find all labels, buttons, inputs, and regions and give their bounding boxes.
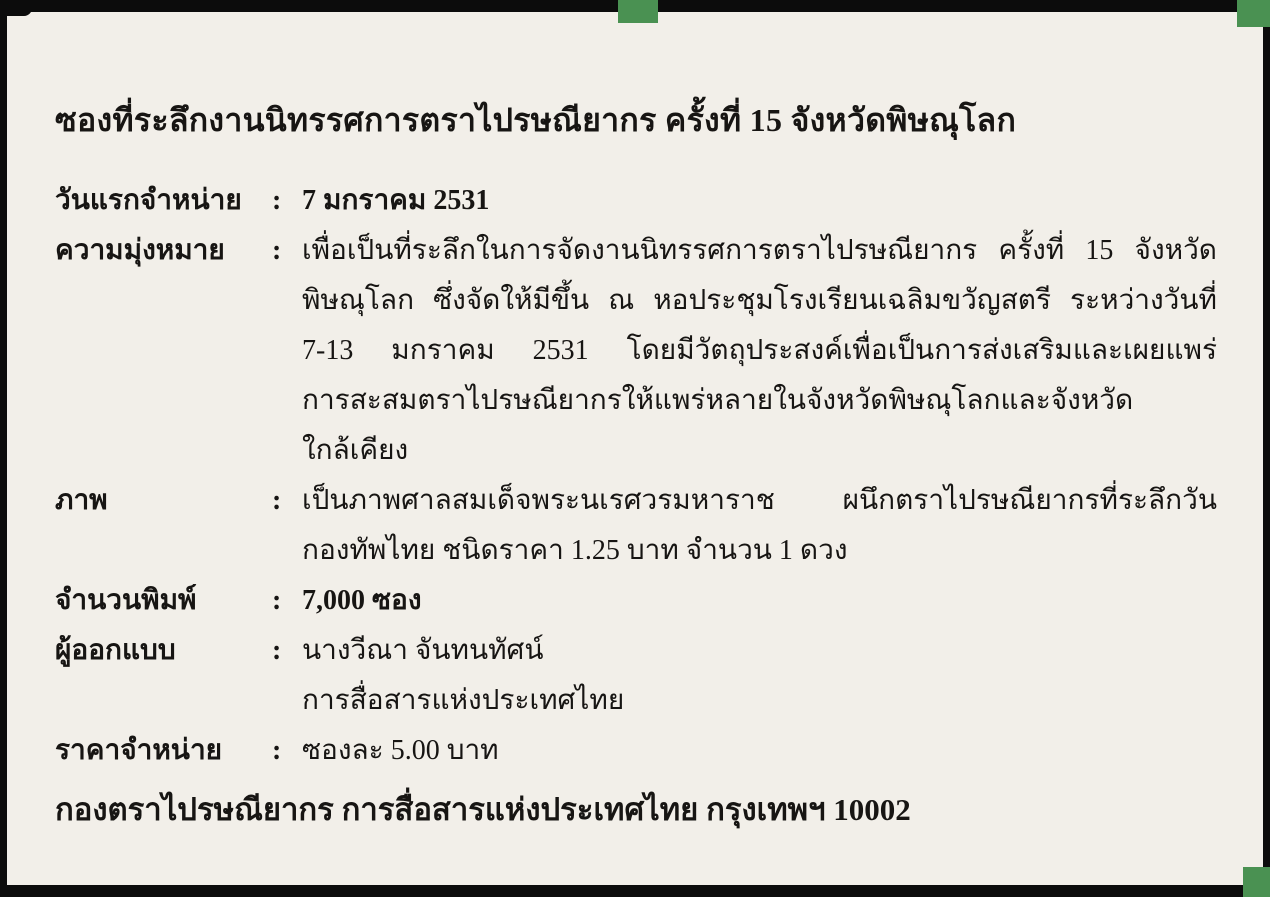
field-row-quantity-printed: จำนวนพิมพ์ : 7,000 ซอง: [55, 576, 1217, 626]
field-row-designer: ผู้ออกแบบ : นางวีณา จันทนทัศน์ การสื่อสา…: [55, 626, 1217, 726]
field-separator: :: [272, 626, 302, 676]
field-value-line: 7 มกราคม 2531: [302, 176, 1217, 226]
field-value-line: การสื่อสารแห่งประเทศไทย: [302, 676, 1217, 726]
field-value-line: เป็นภาพศาลสมเด็จพระนเรศวรมหาราช ผนึกตราไ…: [302, 476, 1217, 526]
album-slot-mark-bottom-right: [1243, 867, 1270, 897]
footer-issuing-office: กองตราไปรษณียากร การสื่อสารแห่งประเทศไทย…: [55, 782, 1217, 838]
field-label: ราคาจำหน่าย: [55, 726, 272, 776]
field-value: ซองละ 5.00 บาท: [302, 726, 1217, 776]
field-value-line: กองทัพไทย ชนิดราคา 1.25 บาท จำนวน 1 ดวง: [302, 526, 1217, 576]
field-label: ความมุ่งหมาย: [55, 226, 272, 276]
field-value: 7,000 ซอง: [302, 576, 1217, 626]
field-label: วันแรกจำหน่าย: [55, 176, 272, 226]
bulletin-content: ซองที่ระลึกงานนิทรรศการตราไปรษณียากร ครั…: [55, 84, 1217, 838]
field-rows: วันแรกจำหน่าย : 7 มกราคม 2531 ความมุ่งหม…: [55, 176, 1217, 776]
scan-border-bottom: [0, 885, 1270, 897]
field-label: จำนวนพิมพ์: [55, 576, 272, 626]
field-separator: :: [272, 176, 302, 226]
scan-border-left: [0, 0, 7, 897]
field-value-line: เพื่อเป็นที่ระลึกในการจัดงานนิทรรศการตรา…: [302, 226, 1217, 276]
field-separator: :: [272, 226, 302, 276]
field-value: 7 มกราคม 2531: [302, 176, 1217, 226]
album-slot-mark-top-center: [618, 0, 658, 23]
field-separator: :: [272, 576, 302, 626]
scan-border-right: [1263, 0, 1270, 897]
field-row-purpose: ความมุ่งหมาย : เพื่อเป็นที่ระลึกในการจัด…: [55, 226, 1217, 476]
field-separator: :: [272, 476, 302, 526]
field-value: เพื่อเป็นที่ระลึกในการจัดงานนิทรรศการตรา…: [302, 226, 1217, 476]
page-title: ซองที่ระลึกงานนิทรรศการตราไปรษณียากร ครั…: [55, 84, 1217, 156]
field-separator: :: [272, 726, 302, 776]
field-value-line: ใกล้เคียง: [302, 426, 1217, 476]
field-value: นางวีณา จันทนทัศน์ การสื่อสารแห่งประเทศไ…: [302, 626, 1217, 726]
field-row-selling-price: ราคาจำหน่าย : ซองละ 5.00 บาท: [55, 726, 1217, 776]
field-value-line: การสะสมตราไปรษณียากรให้แพร่หลายในจังหวัด…: [302, 376, 1217, 426]
scanned-bulletin-page: ซองที่ระลึกงานนิทรรศการตราไปรษณียากร ครั…: [0, 0, 1270, 897]
field-label: ภาพ: [55, 476, 272, 526]
field-value-line: นางวีณา จันทนทัศน์: [302, 626, 1217, 676]
field-value-line: 7,000 ซอง: [302, 576, 1217, 626]
album-slot-mark-top-right: [1237, 0, 1270, 27]
scan-corner-top-left: [0, 0, 32, 16]
field-value-line: พิษณุโลก ซึ่งจัดให้มีขึ้น ณ หอประชุมโรงเ…: [302, 276, 1217, 326]
field-row-design: ภาพ : เป็นภาพศาลสมเด็จพระนเรศวรมหาราช ผน…: [55, 476, 1217, 576]
field-value: เป็นภาพศาลสมเด็จพระนเรศวรมหาราช ผนึกตราไ…: [302, 476, 1217, 576]
field-row-first-day-of-issue: วันแรกจำหน่าย : 7 มกราคม 2531: [55, 176, 1217, 226]
field-label: ผู้ออกแบบ: [55, 626, 272, 676]
field-value-line: ซองละ 5.00 บาท: [302, 726, 1217, 776]
field-value-line: 7-13 มกราคม 2531 โดยมีวัตถุประสงค์เพื่อเ…: [302, 326, 1217, 376]
